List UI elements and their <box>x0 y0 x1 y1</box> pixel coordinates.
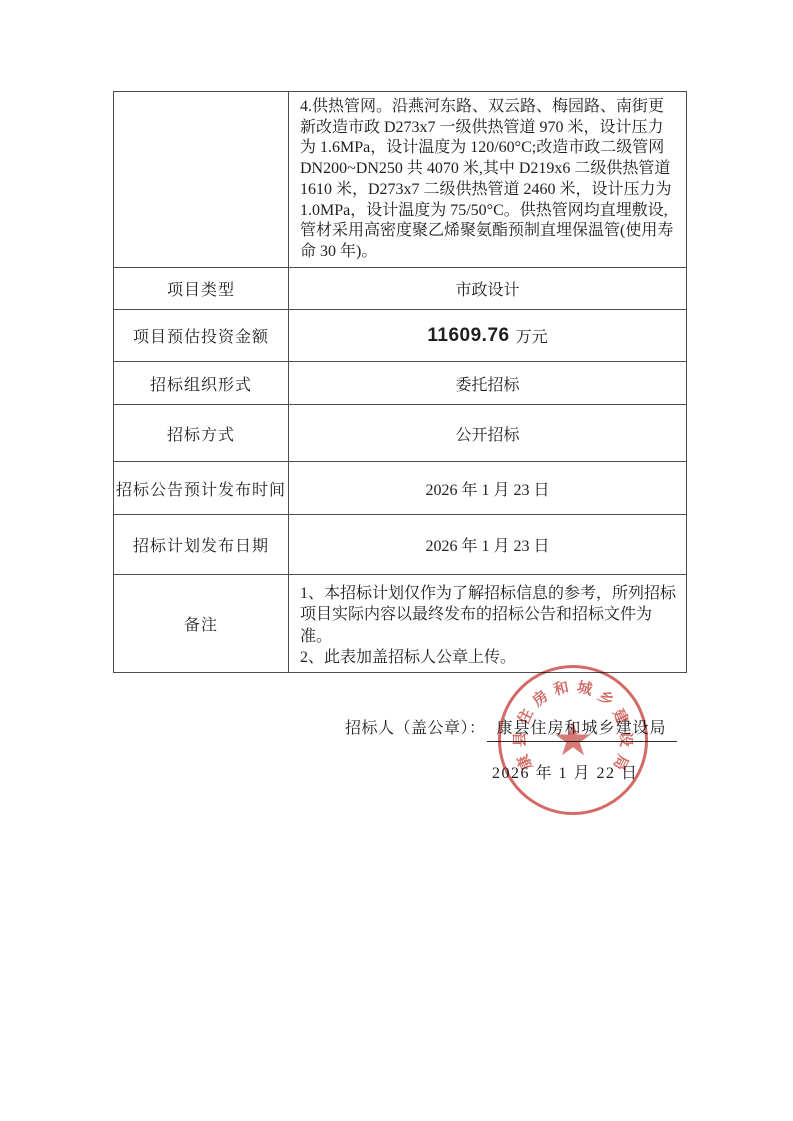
row-label-cell: 招标计划发布日期 <box>114 515 289 574</box>
project-type-value: 市政设计 <box>289 268 686 309</box>
table-row-bidding-method: 招标方式 公开招标 <box>114 404 686 461</box>
tender-plan-table: 4.供热管网。沿燕河东路、双云路、梅园路、南街更新改造市政 D273x7 一级供… <box>113 91 687 673</box>
table-row-announcement-date: 招标公告预计发布时间 2026 年 1 月 23 日 <box>114 461 686 514</box>
organization-form-value: 委托招标 <box>289 362 686 404</box>
bidding-method-value: 公开招标 <box>289 405 686 461</box>
table-row-remarks: 备注 1、本招标计划仅作为了解招标信息的参考，所列招标项目实际内容以最终发布的招… <box>114 574 686 672</box>
project-scope-text: 4.供热管网。沿燕河东路、双云路、梅园路、南街更新改造市政 D273x7 一级供… <box>289 92 686 267</box>
row-label-cell: 招标组织形式 <box>114 362 289 404</box>
row-label-cell: 项目类型 <box>114 268 289 309</box>
signature-date: 2026 年 1 月 22 日 <box>492 760 639 783</box>
table-row-project-type: 项目类型 市政设计 <box>114 267 686 309</box>
plan-publish-date-value: 2026 年 1 月 23 日 <box>289 515 686 574</box>
row-label-cell: 备注 <box>114 575 289 672</box>
remarks-text: 1、本招标计划仅作为了解招标信息的参考，所列招标项目实际内容以最终发布的招标公告… <box>289 575 686 672</box>
investment-value: 11609.76 万元 <box>289 310 686 361</box>
row-label-cell <box>114 92 289 267</box>
signature-line: 招标人（盖公章）：康县住房和城乡建设局 <box>345 715 677 742</box>
announcement-date-value: 2026 年 1 月 23 日 <box>289 462 686 514</box>
row-label-cell: 项目预估投资金额 <box>114 310 289 361</box>
tenderer-name: 康县住房和城乡建设局 <box>487 715 677 742</box>
row-label-cell: 招标公告预计发布时间 <box>114 462 289 514</box>
investment-amount: 11609.76 <box>427 325 509 347</box>
row-label-cell: 招标方式 <box>114 405 289 461</box>
investment-unit: 万元 <box>516 324 548 347</box>
signature-label: 招标人（盖公章）： <box>345 720 486 737</box>
table-row-investment: 项目预估投资金额 11609.76 万元 <box>114 309 686 361</box>
table-row-plan-publish-date: 招标计划发布日期 2026 年 1 月 23 日 <box>114 514 686 574</box>
table-row-organization-form: 招标组织形式 委托招标 <box>114 361 686 404</box>
table-row-project-scope: 4.供热管网。沿燕河东路、双云路、梅园路、南街更新改造市政 D273x7 一级供… <box>114 92 686 267</box>
